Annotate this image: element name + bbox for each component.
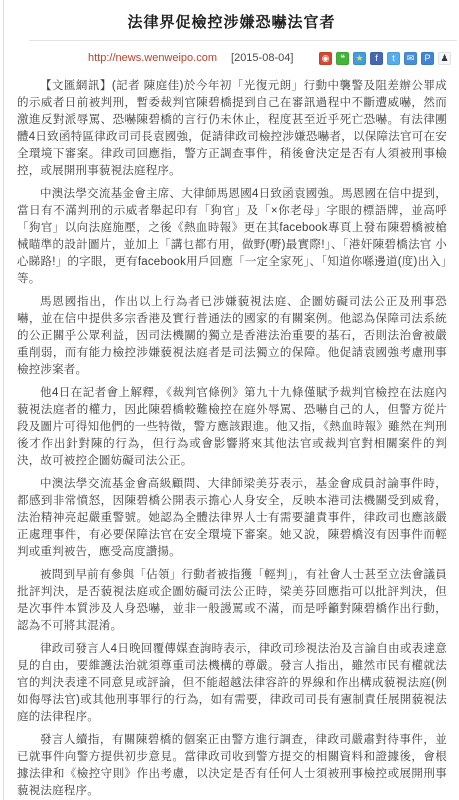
qq-icon[interactable]: ♟ [438,52,451,65]
twitter-icon[interactable]: t [387,52,400,65]
weibo-icon[interactable]: ◉ [319,52,332,65]
article-paragraph: 中澳法學交流基金會高級顧問、大律師梁美芬表示，基金會成員討論事件時，都感到非常憤… [17,476,447,561]
email-icon[interactable]: ✉ [404,52,417,65]
article-paragraph: 發言人續指，有關陳碧橋的個案正由警方進行調查，律政司嚴肅對待事件，並已就事件向警… [17,732,447,800]
article-paragraph: 【文匯網訊】(記者 陳庭佳)於今年初「光復元朗」行動中襲警及阻差辦公罪成的示威者… [17,78,447,180]
share-icon[interactable]: P [421,52,434,65]
meta-row: http://news.wenweipo.com [2015-08-04] ◉❝… [4,41,459,73]
publish-date: [2015-08-04] [231,52,293,64]
wechat-icon[interactable]: ❝ [336,52,349,65]
article-body: 【文匯網訊】(記者 陳庭佳)於今年初「光復元朗」行動中襲警及阻差辦公罪成的示威者… [4,73,459,800]
favorite-star-icon[interactable]: ★ [353,52,366,65]
article-paragraph: 馬恩國指出，作出以上行為者已涉嫌藐視法庭、企圖妨礙司法公正及刑事恐嚇，並在信中提… [17,294,447,379]
article-paragraph: 被問到早前有參與「佔領」行動者被指獲「輕判」，有社會人士甚至立法會議員批評判決，… [17,567,447,635]
share-icon-bar: ◉❝★ft✉P♟ [319,52,451,65]
article-paragraph: 他4日在記者會上解釋，《裁判官條例》第九十九條僅賦予裁判官檢控在法庭內藐視法庭者… [17,385,447,470]
article-page: 法律界促檢控涉嫌恐嚇法官者 http://news.wenweipo.com [… [3,0,459,800]
source-url-link[interactable]: http://news.wenweipo.com [88,52,217,64]
facebook-icon[interactable]: f [370,52,383,65]
article-paragraph: 律政司發言人4日晚回覆傳媒查詢時表示，律政司珍視法治及言論自由或表達意見的自由，… [17,641,447,726]
page-title: 法律界促檢控涉嫌恐嚇法官者 [4,0,459,38]
article-paragraph: 中澳法學交流基金會主席、大律師馬恩國4日致函袁國強。馬恩國在信中提到，當日有不滿… [17,186,447,288]
